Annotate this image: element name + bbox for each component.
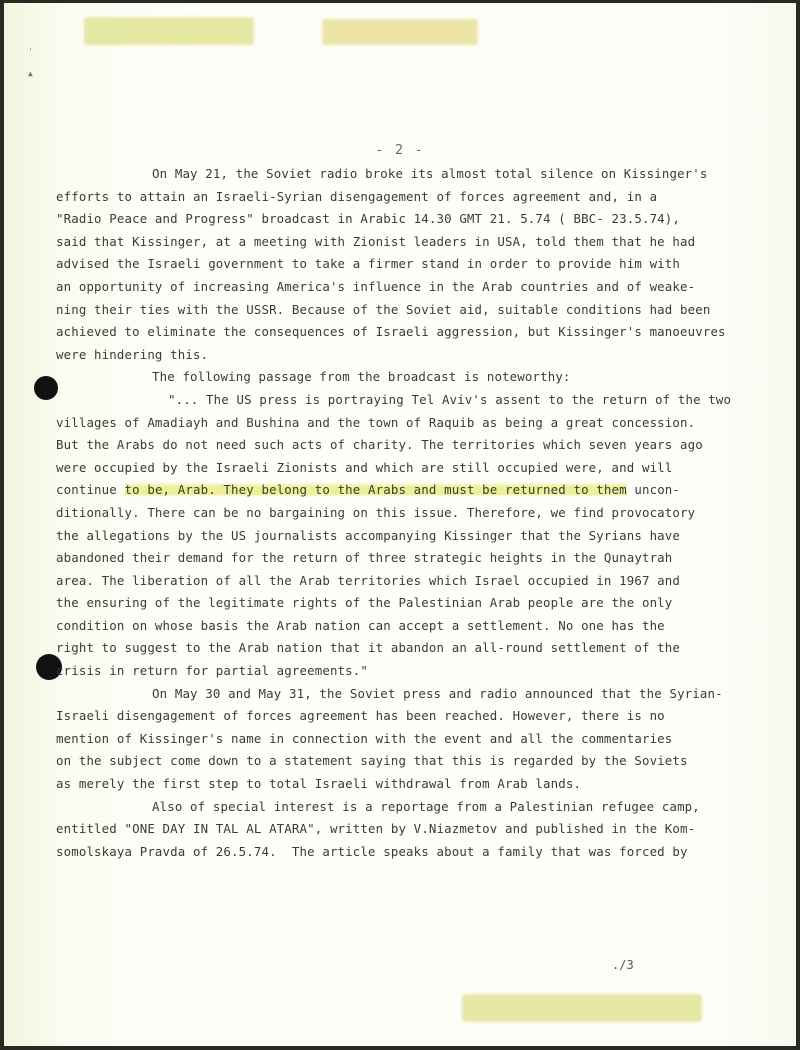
adhesive-tape-top-right — [322, 19, 478, 45]
quote-line: "... The US press is portraying Tel Aviv… — [56, 389, 776, 412]
text-line: mention of Kissinger's name in connectio… — [56, 728, 776, 751]
quote-line: crisis in return for partial agreements.… — [56, 660, 776, 683]
text-line: as merely the first step to total Israel… — [56, 773, 776, 796]
text-line: somolskaya Pravda of 26.5.74. The articl… — [56, 841, 776, 864]
quote-line: condition on whose basis the Arab nation… — [56, 615, 776, 638]
quote-line: the ensuring of the legitimate rights of… — [56, 592, 776, 615]
text-line: ning their ties with the USSR. Because o… — [56, 299, 776, 322]
text-line: "Radio Peace and Progress" broadcast in … — [56, 208, 776, 231]
text-line: efforts to attain an Israeli-Syrian dise… — [56, 186, 776, 209]
quote-line: right to suggest to the Arab nation that… — [56, 637, 776, 660]
text-line: On May 21, the Soviet radio broke its al… — [56, 163, 776, 186]
margin-speck: ' — [28, 47, 33, 56]
quote-line: But the Arabs do not need such acts of c… — [56, 434, 776, 457]
quote-line: abandoned their demand for the return of… — [56, 547, 776, 570]
quote-line: area. The liberation of all the Arab ter… — [56, 570, 776, 593]
text-line: were hindering this. — [56, 344, 776, 367]
text-line: Also of special interest is a reportage … — [56, 796, 776, 819]
text-line: The following passage from the broadcast… — [56, 366, 776, 389]
text-line: entitled "ONE DAY IN TAL AL ATARA", writ… — [56, 818, 776, 841]
adhesive-tape-top-left — [84, 17, 254, 45]
document-body: On May 21, the Soviet radio broke its al… — [56, 163, 776, 863]
margin-speck: ▲ — [28, 69, 33, 78]
quote-line: ditionally. There can be no bargaining o… — [56, 502, 776, 525]
adhesive-tape-bottom — [462, 994, 702, 1022]
quote-line: villages of Amadiayh and Bushina and the… — [56, 412, 776, 435]
text-line: on the subject come down to a statement … — [56, 750, 776, 773]
text-segment: continue — [56, 482, 125, 497]
quote-line: were occupied by the Israeli Zionists an… — [56, 457, 776, 480]
text-line: On May 30 and May 31, the Soviet press a… — [56, 683, 776, 706]
text-line: achieved to eliminate the consequences o… — [56, 321, 776, 344]
text-line: said that Kissinger, at a meeting with Z… — [56, 231, 776, 254]
document-page: ' ▲ - 2 - On May 21, the Soviet radio br… — [4, 3, 796, 1046]
continuation-marker: ./3 — [612, 958, 634, 972]
text-line: an opportunity of increasing America's i… — [56, 276, 776, 299]
text-segment: uncon- — [627, 482, 680, 497]
page-number: - 2 - — [4, 143, 796, 158]
highlighted-quote-line: continue to be, Arab. They belong to the… — [56, 479, 776, 502]
punch-hole-icon — [34, 376, 58, 400]
text-line: Israeli disengagement of forces agreemen… — [56, 705, 776, 728]
quote-line: the allegations by the US journalists ac… — [56, 525, 776, 548]
highlighted-text: to be, Arab. They belong to the Arabs an… — [125, 482, 627, 497]
text-line: advised the Israeli government to take a… — [56, 253, 776, 276]
